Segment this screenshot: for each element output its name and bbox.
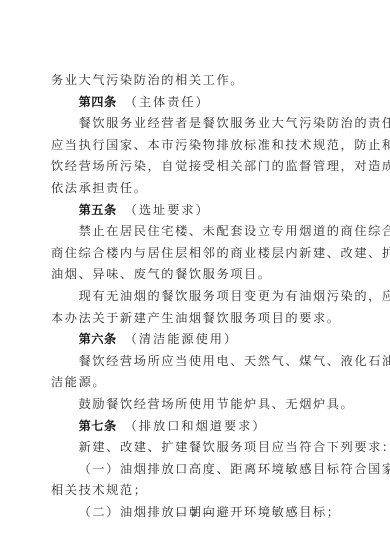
- article-heading-6: 第六条（清洁能源使用）: [51, 329, 343, 351]
- paragraph-line: 本办法关于新建产生油烟餐饮服务项目的要求。: [51, 308, 343, 330]
- article-title: （选址要求）: [125, 203, 210, 217]
- paragraph-line: 餐饮服务业经营者是餐饮服务业大气污染防治的责任主体，: [51, 113, 343, 135]
- document-page: 务业大气污染防治的相关工作。 第四条（主体责任） 餐饮服务业经营者是餐饮服务业大…: [0, 0, 390, 551]
- paragraph-line: 洁能源。: [51, 372, 343, 394]
- article-number: 第五条: [79, 203, 117, 217]
- paragraph-line: 餐饮经营场所应当使用电、天然气、煤气、液化石油气等清: [51, 351, 343, 373]
- article-heading-5: 第五条（选址要求）: [51, 200, 343, 222]
- article-title: （主体责任）: [125, 95, 210, 109]
- paragraph-line: 新建、改建、扩建餐饮服务项目应当符合下列要求：: [51, 437, 343, 459]
- article-number: 第四条: [79, 95, 117, 109]
- list-item-line: 相关技术规范；: [51, 480, 343, 502]
- paragraph-line: 依法承担责任。: [51, 178, 343, 200]
- list-item-line: （一）油烟排放口高度、距离环境敏感目标符合国家和本市: [51, 459, 343, 481]
- paragraph-line: 鼓励餐饮经营场所使用节能炉具、无烟炉具。: [51, 394, 343, 416]
- article-heading-7: 第七条（排放口和烟道要求）: [51, 416, 343, 438]
- paragraph-line: 现有无油烟的餐饮服务项目变更为有油烟污染的，应当符合: [51, 286, 343, 308]
- article-number: 第六条: [79, 332, 117, 346]
- paragraph-line: 油烟、异味、废气的餐饮服务项目。: [51, 264, 343, 286]
- page-number: — 2 —: [0, 508, 390, 519]
- paragraph-line: 禁止在居民住宅楼、未配套设立专用烟道的商住综合楼以及: [51, 221, 343, 243]
- paragraph-line: 商住综合楼内与居住层相邻的商业楼层内新建、改建、扩建产生: [51, 243, 343, 265]
- paragraph-line: 饮经营场所污染，自觉接受相关部门的监督管理，对造成的损害: [51, 156, 343, 178]
- paragraph-line: 应当执行国家、本市污染物排放标准和技术规范，防止和减少餐: [51, 135, 343, 157]
- document-body: 务业大气污染防治的相关工作。 第四条（主体责任） 餐饮服务业经营者是餐饮服务业大…: [51, 70, 343, 523]
- paragraph-line: 务业大气污染防治的相关工作。: [51, 70, 343, 92]
- article-title: （排放口和烟道要求）: [125, 419, 267, 433]
- article-number: 第七条: [79, 419, 117, 433]
- article-title: （清洁能源使用）: [125, 332, 239, 346]
- article-heading-4: 第四条（主体责任）: [51, 92, 343, 114]
